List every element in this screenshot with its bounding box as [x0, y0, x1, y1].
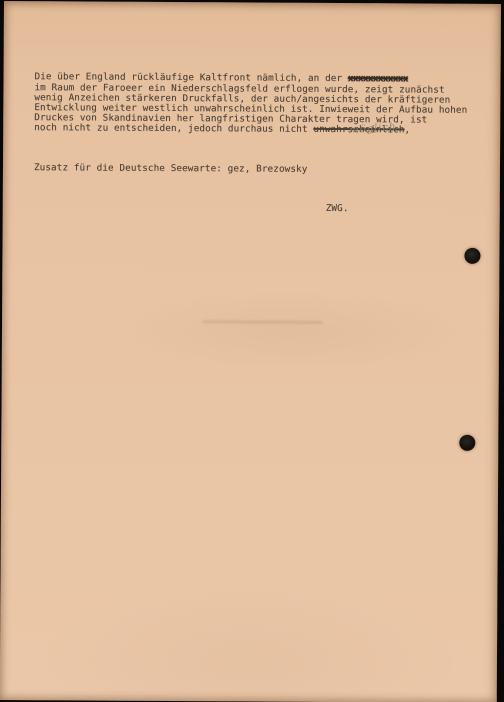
scanned-document-page: Die über England rückläufige Kaltfront n…: [0, 0, 504, 702]
typed-text: ,: [405, 125, 411, 136]
closing-line: Zusatz für die Deutsche Seewarte: gez, B…: [34, 163, 484, 176]
typed-text: noch nicht zu entscheiden, jedoch durcha…: [34, 123, 313, 136]
typed-text-block: Die über England rückläufige Kaltfront n…: [34, 52, 485, 235]
typed-paragraph: Die über England rückläufige Kaltfront n…: [34, 73, 484, 137]
signature-abbreviation: ZWG.: [34, 202, 484, 215]
hole-punch-dot-top: [464, 248, 480, 264]
paper-smudge: [202, 320, 322, 324]
paper-sheet: Die über England rückläufige Kaltfront n…: [0, 1, 501, 702]
hole-punch-dot-bottom: [459, 435, 475, 451]
